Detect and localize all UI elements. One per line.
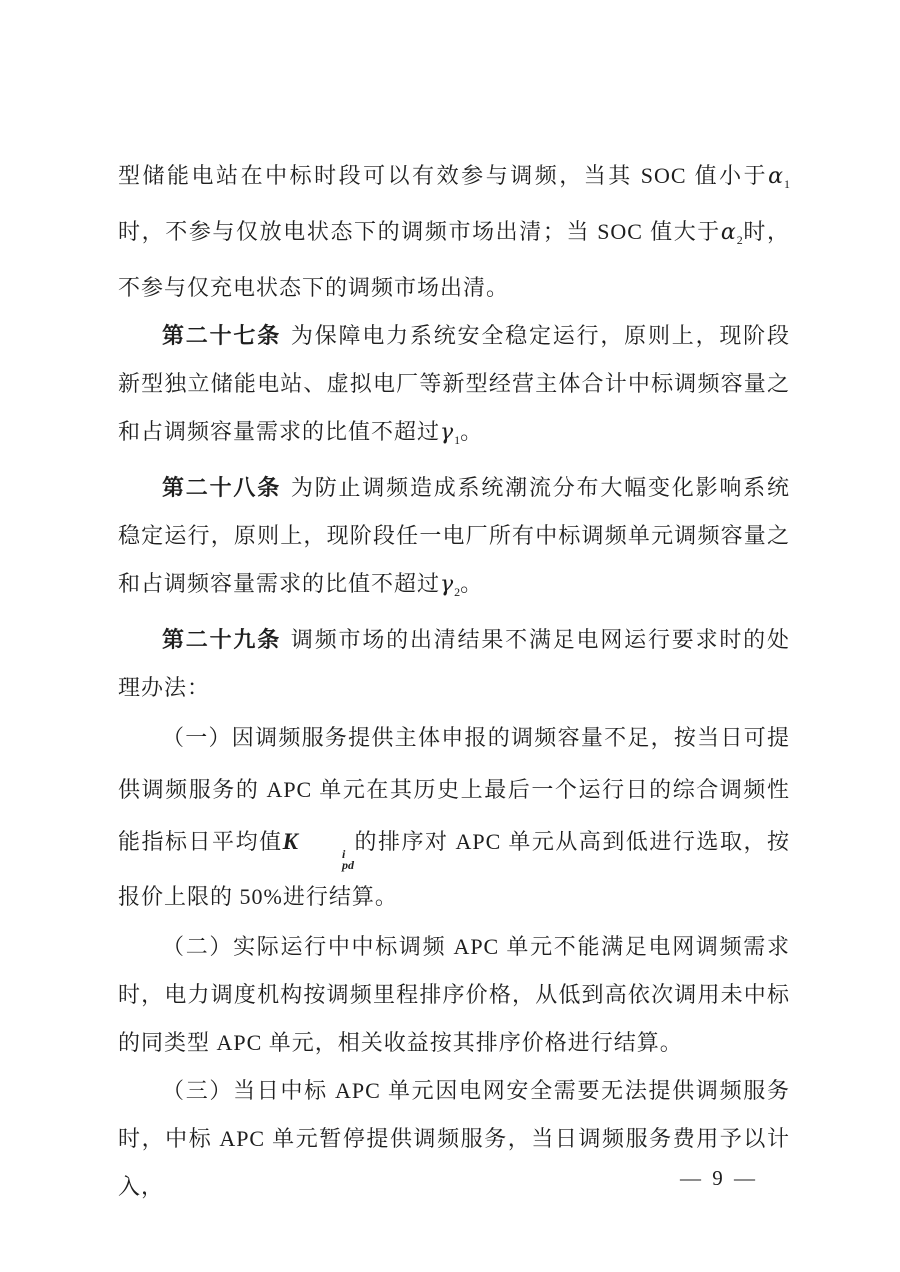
symbol-alpha-1: α1 (768, 163, 790, 188)
kpd-subscript: pd (298, 860, 354, 871)
alpha-1-subscript: 1 (784, 177, 790, 191)
document-page: 型储能电站在中标时段可以有效参与调频，当其 SOC 值小于α1时，不参与仅放电状… (0, 0, 900, 1272)
gamma-2-base: γ (440, 572, 454, 597)
symbol-alpha-2: α2 (721, 219, 743, 244)
symbol-gamma-2: γ2 (440, 571, 460, 596)
document-body: 型储能电站在中标时段可以有效参与调频，当其 SOC 值小于α1时，不参与仅放电状… (118, 152, 790, 1211)
paragraph-item-1: （一）因调频服务提供主体申报的调频容量不足，按当日可提供调频服务的 APC 单元… (118, 712, 790, 923)
page-number: — 9 — (680, 1166, 758, 1191)
paragraph-soc-clearing: 型储能电站在中标时段可以有效参与调频，当其 SOC 值小于α1时，不参与仅放电状… (118, 152, 790, 312)
paragraph-article-29: 第二十九条调频市场的出清结果不满足电网运行要求时的处理办法： (118, 616, 790, 712)
paragraph-item-2: （二）实际运行中中标调频 APC 单元不能满足电网调频需求时，电力调度机构按调频… (118, 923, 790, 1067)
alpha-2-base: α (721, 220, 737, 245)
alpha-1-base: α (768, 164, 784, 189)
kpd-scripts: ipd (298, 849, 354, 871)
body-text: 时，不参与仅放电状态下的调频市场出清；当 SOC 值大于 (118, 219, 721, 244)
body-text: 。 (460, 419, 483, 444)
article-28-heading: 第二十八条 (162, 475, 281, 500)
body-text: 。 (460, 571, 483, 596)
symbol-gamma-1: γ1 (440, 419, 460, 444)
article-29-heading: 第二十九条 (162, 627, 281, 652)
article-27-heading: 第二十七条 (162, 323, 281, 348)
gamma-1-base: γ (440, 420, 454, 445)
kpd-base: K (283, 829, 298, 854)
body-text: 型储能电站在中标时段可以有效参与调频，当其 SOC 值小于 (118, 163, 768, 188)
body-text: （二）实际运行中中标调频 APC 单元不能满足电网调频需求时，电力调度机构按调频… (118, 934, 790, 1055)
paragraph-article-27: 第二十七条为保障电力系统安全稳定运行，原则上，现阶段新型独立储能电站、虚拟电厂等… (118, 312, 790, 464)
paragraph-article-28: 第二十八条为防止调频造成系统潮流分布大幅变化影响系统稳定运行，原则上，现阶段任一… (118, 464, 790, 616)
formula-kpd: Kipd (283, 829, 354, 854)
kpd-superscript: i (298, 849, 345, 860)
